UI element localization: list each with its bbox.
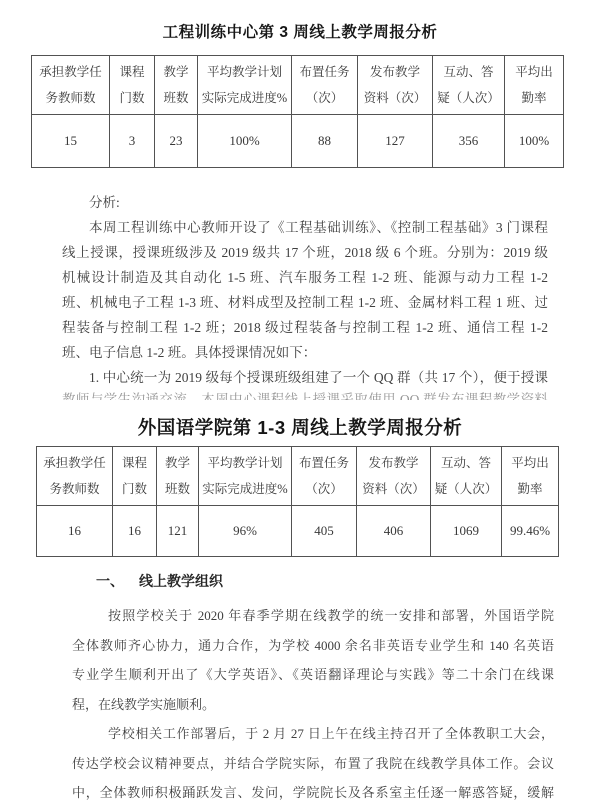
paragraph-line: 机械设计制造及其自动化 1-5 班、汽车服务工程 1-2 班、能源与动力工程 1… [62, 265, 548, 290]
report1-table-header-row: 承担教学任务教师数 课程门数 教学班数 平均教学计划实际完成进度% 布置任务（次… [32, 56, 564, 115]
paragraph-line: 专业学生顺利开出了《大学英语》、《英语翻译理论与实践》等二十余门在线课 [72, 660, 554, 690]
value-courses: 3 [110, 115, 155, 168]
report1-table: 承担教学任务教师数 课程门数 教学班数 平均教学计划实际完成进度% 布置任务（次… [31, 55, 564, 168]
section1-heading: 一、线上教学组织 [72, 571, 223, 591]
report1-title: 工程训练中心第 3 周线上教学周报分析 [0, 20, 600, 42]
header-cell-materials: 发布教学资料（次） [358, 56, 433, 115]
report1-analysis-text: 分析: 本周工程训练中心教师开设了《工程基础训练》、《控制工程基础》3 门课程 … [62, 190, 548, 400]
header-cell-tasks: 布置任务（次） [292, 56, 358, 115]
value-materials: 127 [358, 115, 433, 168]
header-cell-interaction: 互动、答疑（人次） [431, 447, 502, 506]
value-tasks: 405 [292, 506, 357, 557]
value-progress: 96% [199, 506, 292, 557]
value-tasks: 88 [292, 115, 358, 168]
value-attendance: 99.46% [502, 506, 559, 557]
paragraph-line: 传达学校会议精神要点，并结合学院实际，布置了我院在线教学具体工作。会议 [72, 749, 554, 779]
header-cell-attendance: 平均出勤率 [502, 447, 559, 506]
paragraph-line: 班、电子信息 1-2 班。具体授课情况如下： [62, 340, 548, 365]
paragraph-line: 按照学校关于 2020 年春季学期在线教学的统一安排和部署，外国语学院 [72, 601, 554, 631]
value-teachers: 15 [32, 115, 110, 168]
value-interaction: 1069 [431, 506, 502, 557]
paragraph-line: 程，在线教学实施顺利。 [72, 690, 554, 720]
header-cell-progress: 平均教学计划实际完成进度% [198, 56, 292, 115]
section-title: 线上教学组织 [139, 575, 223, 590]
report2-title: 外国语学院第 1-3 周线上教学周报分析 [0, 414, 600, 440]
header-cell-materials: 发布教学资料（次） [357, 447, 431, 506]
header-cell-classes: 教学班数 [155, 56, 198, 115]
value-classes: 23 [155, 115, 198, 168]
header-cell-courses: 课程门数 [113, 447, 157, 506]
paragraph-line: 学校相关工作部署后，于 2 月 27 日上午在线主持召开了全体教职工大会， [72, 719, 554, 749]
value-materials: 406 [357, 506, 431, 557]
paragraph-line: 1. 中心统一为 2019 级每个授课班级组建了一个 QQ 群（共 17 个），… [62, 365, 548, 390]
analysis-label: 分析: [62, 190, 548, 215]
header-cell-teachers: 承担教学任务教师数 [37, 447, 113, 506]
value-courses: 16 [113, 506, 157, 557]
header-cell-progress: 平均教学计划实际完成进度% [199, 447, 292, 506]
paragraph-line: 程装备与控制工程 1-2 班；2018 级过程装备与控制工程 1-2 班、通信工… [62, 315, 548, 340]
paragraph-line: 线上授课，授课班级涉及 2019 级共 17 个班，2018 级 6 个班。分别… [62, 240, 548, 265]
value-progress: 100% [198, 115, 292, 168]
paragraph-line: 班、机械电子工程 1-3 班、材料成型及控制工程 1-2 班、金属材料工程 1 … [62, 290, 548, 315]
header-cell-classes: 教学班数 [157, 447, 199, 506]
value-attendance: 100% [505, 115, 564, 168]
clipped-paragraph-line: 教师与学生沟通交流，本周中心课程线上授课采取使用 QQ 群发布课程教学资料 [62, 390, 548, 400]
report2-table-header-row: 承担教学任务教师数 课程门数 教学班数 平均教学计划实际完成进度% 布置任务（次… [37, 447, 559, 506]
value-teachers: 16 [37, 506, 113, 557]
header-cell-tasks: 布置任务（次） [292, 447, 357, 506]
report2-table: 承担教学任务教师数 课程门数 教学班数 平均教学计划实际完成进度% 布置任务（次… [36, 446, 559, 557]
header-cell-courses: 课程门数 [110, 56, 155, 115]
value-interaction: 356 [433, 115, 505, 168]
paragraph-line: 本周工程训练中心教师开设了《工程基础训练》、《控制工程基础》3 门课程 [62, 215, 548, 240]
header-cell-teachers: 承担教学任务教师数 [32, 56, 110, 115]
header-cell-interaction: 互动、答疑（人次） [433, 56, 505, 115]
report2-body-text: 按照学校关于 2020 年春季学期在线教学的统一安排和部署，外国语学院 全体教师… [72, 601, 554, 800]
header-cell-attendance: 平均出勤率 [505, 56, 564, 115]
report2-table-data-row: 16 16 121 96% 405 406 1069 99.46% [37, 506, 559, 557]
document-page: 工程训练中心第 3 周线上教学周报分析 承担教学任务教师数 课程门数 教学班数 … [0, 0, 600, 800]
paragraph-line: 全体教师齐心协力，通力合作，为学校 4000 余名非英语专业学生和 140 名英… [72, 631, 554, 661]
report1-table-data-row: 15 3 23 100% 88 127 356 100% [32, 115, 564, 168]
section-number: 一、 [96, 575, 124, 590]
value-classes: 121 [157, 506, 199, 557]
paragraph-line: 中，全体教师积极踊跃发言、发问，学院院长及各系室主任逐一解惑答疑，缓解 [72, 778, 554, 800]
